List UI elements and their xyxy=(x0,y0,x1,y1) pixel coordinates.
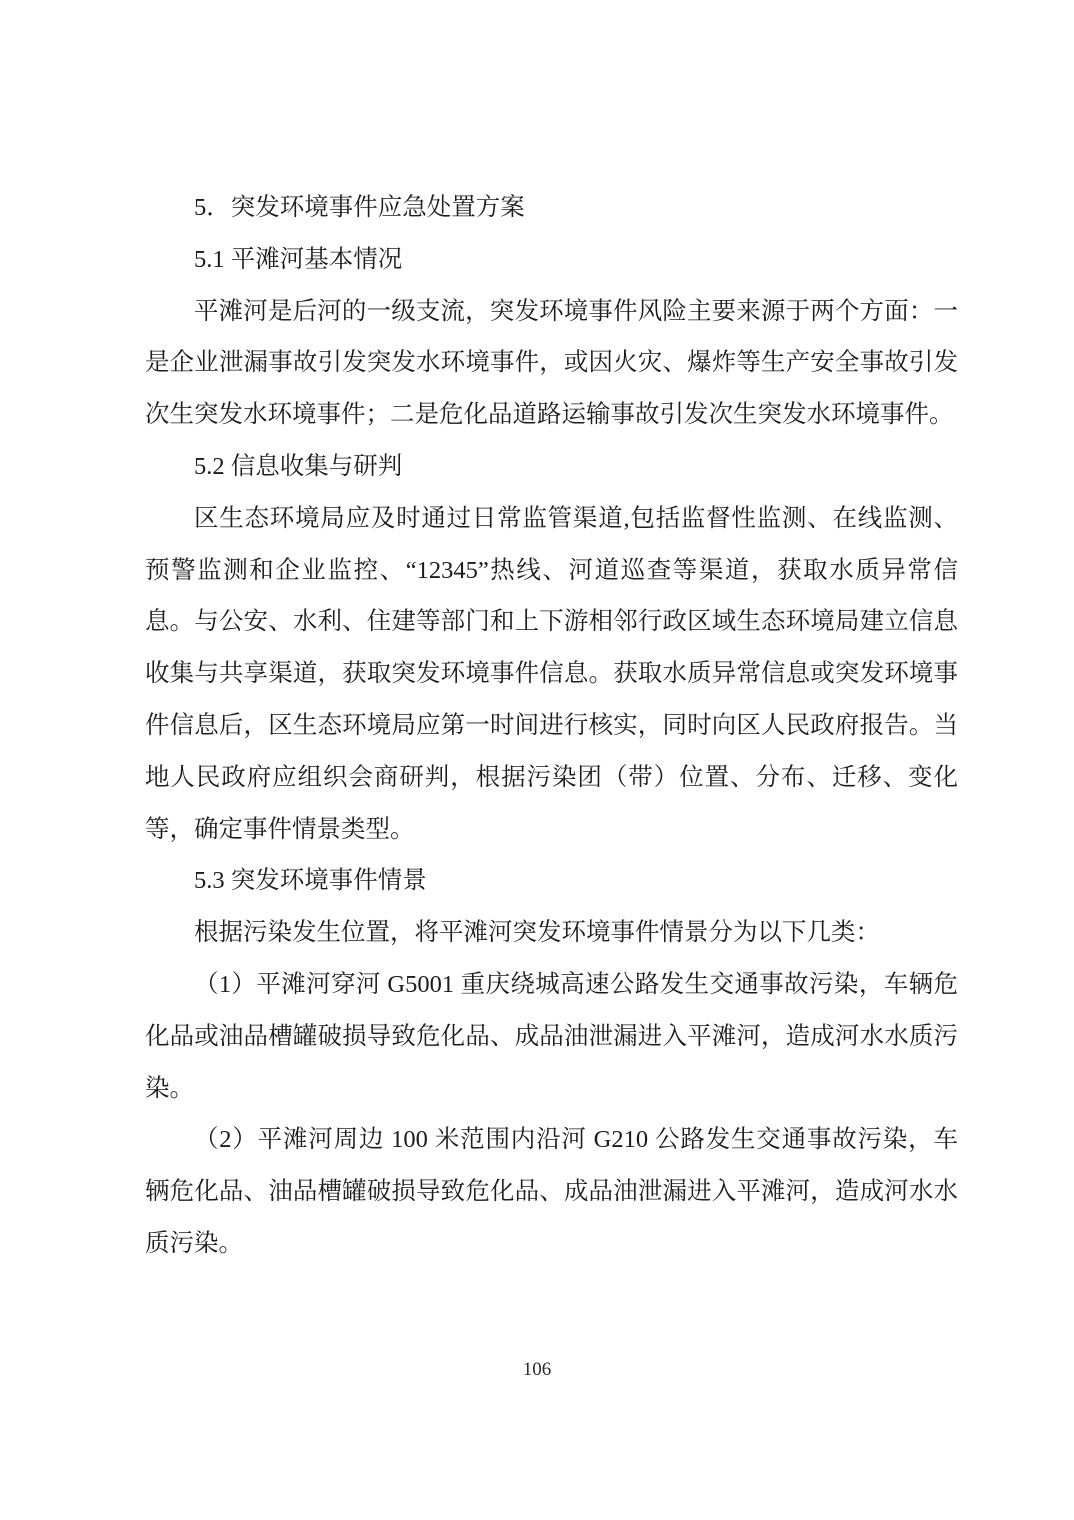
section-5-3-intro: 根据污染发生位置，将平滩河突发环境事件情景分为以下几类： xyxy=(145,907,958,959)
page-number: 106 xyxy=(523,1359,552,1380)
section-5-1-paragraph: 平滩河是后河的一级支流，突发环境事件风险主要来源于两个方面：一是企业泄漏事故引发… xyxy=(145,286,958,441)
document-page: 5．突发环境事件应急处置方案 5.1 平滩河基本情况 平滩河是后河的一级支流，突… xyxy=(0,0,1074,1520)
section-5-3-heading: 5.3 突发环境事件情景 xyxy=(145,855,958,907)
document-body: 5．突发环境事件应急处置方案 5.1 平滩河基本情况 平滩河是后河的一级支流，突… xyxy=(145,182,958,1270)
section-5-2-heading: 5.2 信息收集与研判 xyxy=(145,441,958,493)
scenario-2-paragraph: （2）平滩河周边 100 米范围内沿河 G210 公路发生交通事故污染，车辆危化… xyxy=(145,1114,958,1269)
page-footer: 106 xyxy=(0,1355,1074,1385)
section-5-2-paragraph: 区生态环境局应及时通过日常监管渠道,包括监督性监测、在线监测、预警监测和企业监控… xyxy=(145,493,958,856)
scenario-1-paragraph: （1）平滩河穿河 G5001 重庆绕城高速公路发生交通事故污染，车辆危化品或油品… xyxy=(145,959,958,1114)
section-5-1-heading: 5.1 平滩河基本情况 xyxy=(145,234,958,286)
chapter-5-heading: 5．突发环境事件应急处置方案 xyxy=(145,182,958,234)
